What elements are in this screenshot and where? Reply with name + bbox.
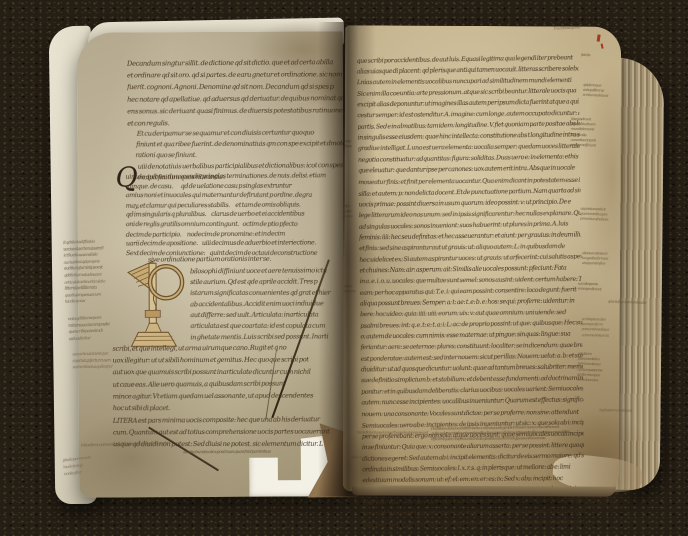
left-page-text: Decandum singtur sillit. de dictione qd … <box>77 31 345 497</box>
left-margin-gloss-upper: It qd si tota diffinitiouocis est aer te… <box>63 238 131 306</box>
manuscript-text-line: Et cu deripamur se sequamur et con diuis… <box>135 127 345 140</box>
manuscript-text-line: hic dicuntur <box>65 297 131 306</box>
manuscript-text-line: magisterium: e: qd finit. Ecce uarietate… <box>363 516 585 531</box>
manuscript-text-line: sic enim illa <box>571 133 635 139</box>
manuscript-text-line: articulata est que coartata: id est copu… <box>190 321 342 332</box>
right-page-text: Tractatus legendique scribi por accident… <box>343 25 621 492</box>
manuscript-text-line: sicq habundis ut expositis uis quasi fin… <box>183 449 323 456</box>
gutter-gloss-4: de litteris <box>351 455 393 460</box>
manuscript-text-line: uox illegitur: ut ut sibili hominum et g… <box>112 353 344 366</box>
gutter-gloss-1: notabene <box>345 139 363 149</box>
manuscript-text-line: Tractatus legendi <box>553 23 603 30</box>
margin-note-fidelis: fidelis <box>581 52 617 59</box>
manuscript-text-line: bene <box>345 144 363 149</box>
gutter-gloss-3: ut supdictum e <box>344 284 368 294</box>
manuscript-text-line: cum. Quantum aut est ad totius comprehen… <box>113 425 345 438</box>
manuscript-text-line: bilosophi diffiniunt uoce et aere tenuis… <box>190 265 342 277</box>
manuscript-text-line: scribere solebant <box>583 93 623 100</box>
manuscript-text-line: scribi, et que intellegi, ut arma uirumq… <box>112 341 344 355</box>
manuscript-text-line: mince agitur. Vt etiam quedam uel assona… <box>113 389 345 402</box>
gutter-gloss-2: qd hicdiciturde uoce <box>342 204 364 219</box>
manuscript-text-line: fidelis <box>581 52 617 59</box>
manuscript-text-line: ens sonus. sic deriuant quasi finimus. d… <box>127 104 343 117</box>
manuscript-text-line: nota <box>345 139 363 144</box>
manuscript-text-line: LITERA est pars minima uocis composite: … <box>113 413 345 427</box>
section-incipit: sive ordinatione partium orationis inter… <box>148 253 348 265</box>
manuscript-text-line: finiunt et qua ribee fuerint. de denomin… <box>135 138 345 150</box>
manuscript-text-line: ponuntur ut habent <box>580 217 636 225</box>
margin-note-1: qd plerisqueantiqui litterasscribere sol… <box>583 83 624 100</box>
manuscript-text-line: may, et clamur qui peculiares stabilis. … <box>126 200 348 211</box>
chapter-list: uint de quibus: du uscendis pringlas ter… <box>126 171 348 259</box>
manuscript-text-line: qd hic <box>342 204 364 209</box>
manuscript-text-line: ut caue eas. Alie uero quamuis, a quibus… <box>113 377 345 391</box>
left-margin-gloss-lower: uox articulata est quecoartata pfertur c… <box>72 350 138 371</box>
manuscript-text-line: et ordinare qd sit oro. qd si partes. de… <box>127 68 343 81</box>
manuscript-text-line: de litteris <box>351 455 393 460</box>
manuscript-text-line: hec notare qd apellatiue. qd aduersus qd… <box>127 92 343 106</box>
manuscript-text-line: aut differre: sed uult. Articulata: inar… <box>190 309 342 321</box>
manuscript-text-line: aut uox que quamuis scribi possunt inart… <box>113 366 345 378</box>
manuscript-text-line: hic finit sermo de litteris <box>599 408 665 415</box>
margin-note-5: uocales per sesonos perficiunt <box>578 281 636 294</box>
left-page: Q Decandum singtur sillit. de dictione q… <box>77 31 345 497</box>
manuscript-text-line: su mentis eius qui loqtur <box>73 363 139 371</box>
manuscript-text-line: decim de participio. nodecim de pronomin… <box>126 229 348 240</box>
margin-note-9: hic finit sermo de litteris <box>599 408 665 415</box>
lower-paragraph: scribi, et que intellegi, ut arma uirumq… <box>112 341 345 450</box>
manuscript-text-line: scribi qd uocales <box>582 317 636 323</box>
manuscript-text-line: fuerit. cognoni. Agnoni. Denomine qd sit… <box>127 81 343 93</box>
margin-note-4: aliae uocales suntlonge aliae breuesut a… <box>582 251 634 268</box>
manuscript-text-line: hic deficiunt quedam uerba que legi non … <box>357 429 469 435</box>
manuscript-text-line: omnium efficiunt <box>570 143 634 150</box>
manuscript-text-line: sive ordinatione partium orationis inter… <box>148 253 348 266</box>
manuscript-text-line: stile aurium. Qd est qde aprile accidit.… <box>190 276 342 288</box>
manuscript-text-line: uint de quibus: du uscendis pringlas ter… <box>126 171 348 182</box>
margin-note-3: aspirationes dicitque nominibus preponun… <box>580 207 637 225</box>
intro-paragraph: Decandum singtur sillit. de dictione qd … <box>127 56 343 117</box>
wrapped-paragraph: bilosophi diffiniunt uoce et aere tenuis… <box>190 265 342 343</box>
left-margin-gloss-middle: nota qd littera e parsminima uocis compo… <box>68 313 139 342</box>
manuscript-text-line: dictum e <box>344 289 368 294</box>
manuscript-text-line: consonante iuncta <box>581 333 635 339</box>
manuscript-text-line: ut sup <box>344 284 368 289</box>
margin-note-7: scribi qd uocalesper se proferrepossunt … <box>581 317 635 339</box>
manuscript-text-line: hoc ut sibi di placet. <box>113 402 345 414</box>
manuscript-text-line: ut apparet in fine <box>582 261 634 268</box>
page-bottom-edge <box>352 485 616 496</box>
manuscript-photo: Q Decandum singtur sillit. de dictione q… <box>0 0 688 536</box>
manuscript-text-line: istarum significatas conuenientes qd gra… <box>190 288 342 299</box>
manuscript-text-line: de uoce <box>342 214 364 219</box>
catchword-line: hic deficiunt quedam uerba que legi non … <box>357 429 469 435</box>
manuscript-text-line: aliae uocales sunt <box>582 251 634 257</box>
margin-note-2: litteras dicuntad similitudinemmundi ele… <box>570 117 635 150</box>
colophon-note: sicq habundis ut expositis uis quasi fin… <box>183 449 323 456</box>
manuscript-text-line: sunt ut uocales <box>577 377 635 385</box>
manuscript-text-line: Decandum singtur sillit. de dictione qd … <box>127 56 343 70</box>
manuscript-text-line: oni de reglis gratilis omnium contingunt… <box>126 220 348 230</box>
manuscript-text-line: ab accidentalibus. Accidit enim uoci ind… <box>190 298 342 310</box>
right-page: Tractatus legendique scribi por accident… <box>343 25 621 492</box>
margin-note-8: s et x literep se sonant ideosemiuocales… <box>577 352 636 386</box>
header-inscription: Tractatus legendi <box>553 23 603 30</box>
